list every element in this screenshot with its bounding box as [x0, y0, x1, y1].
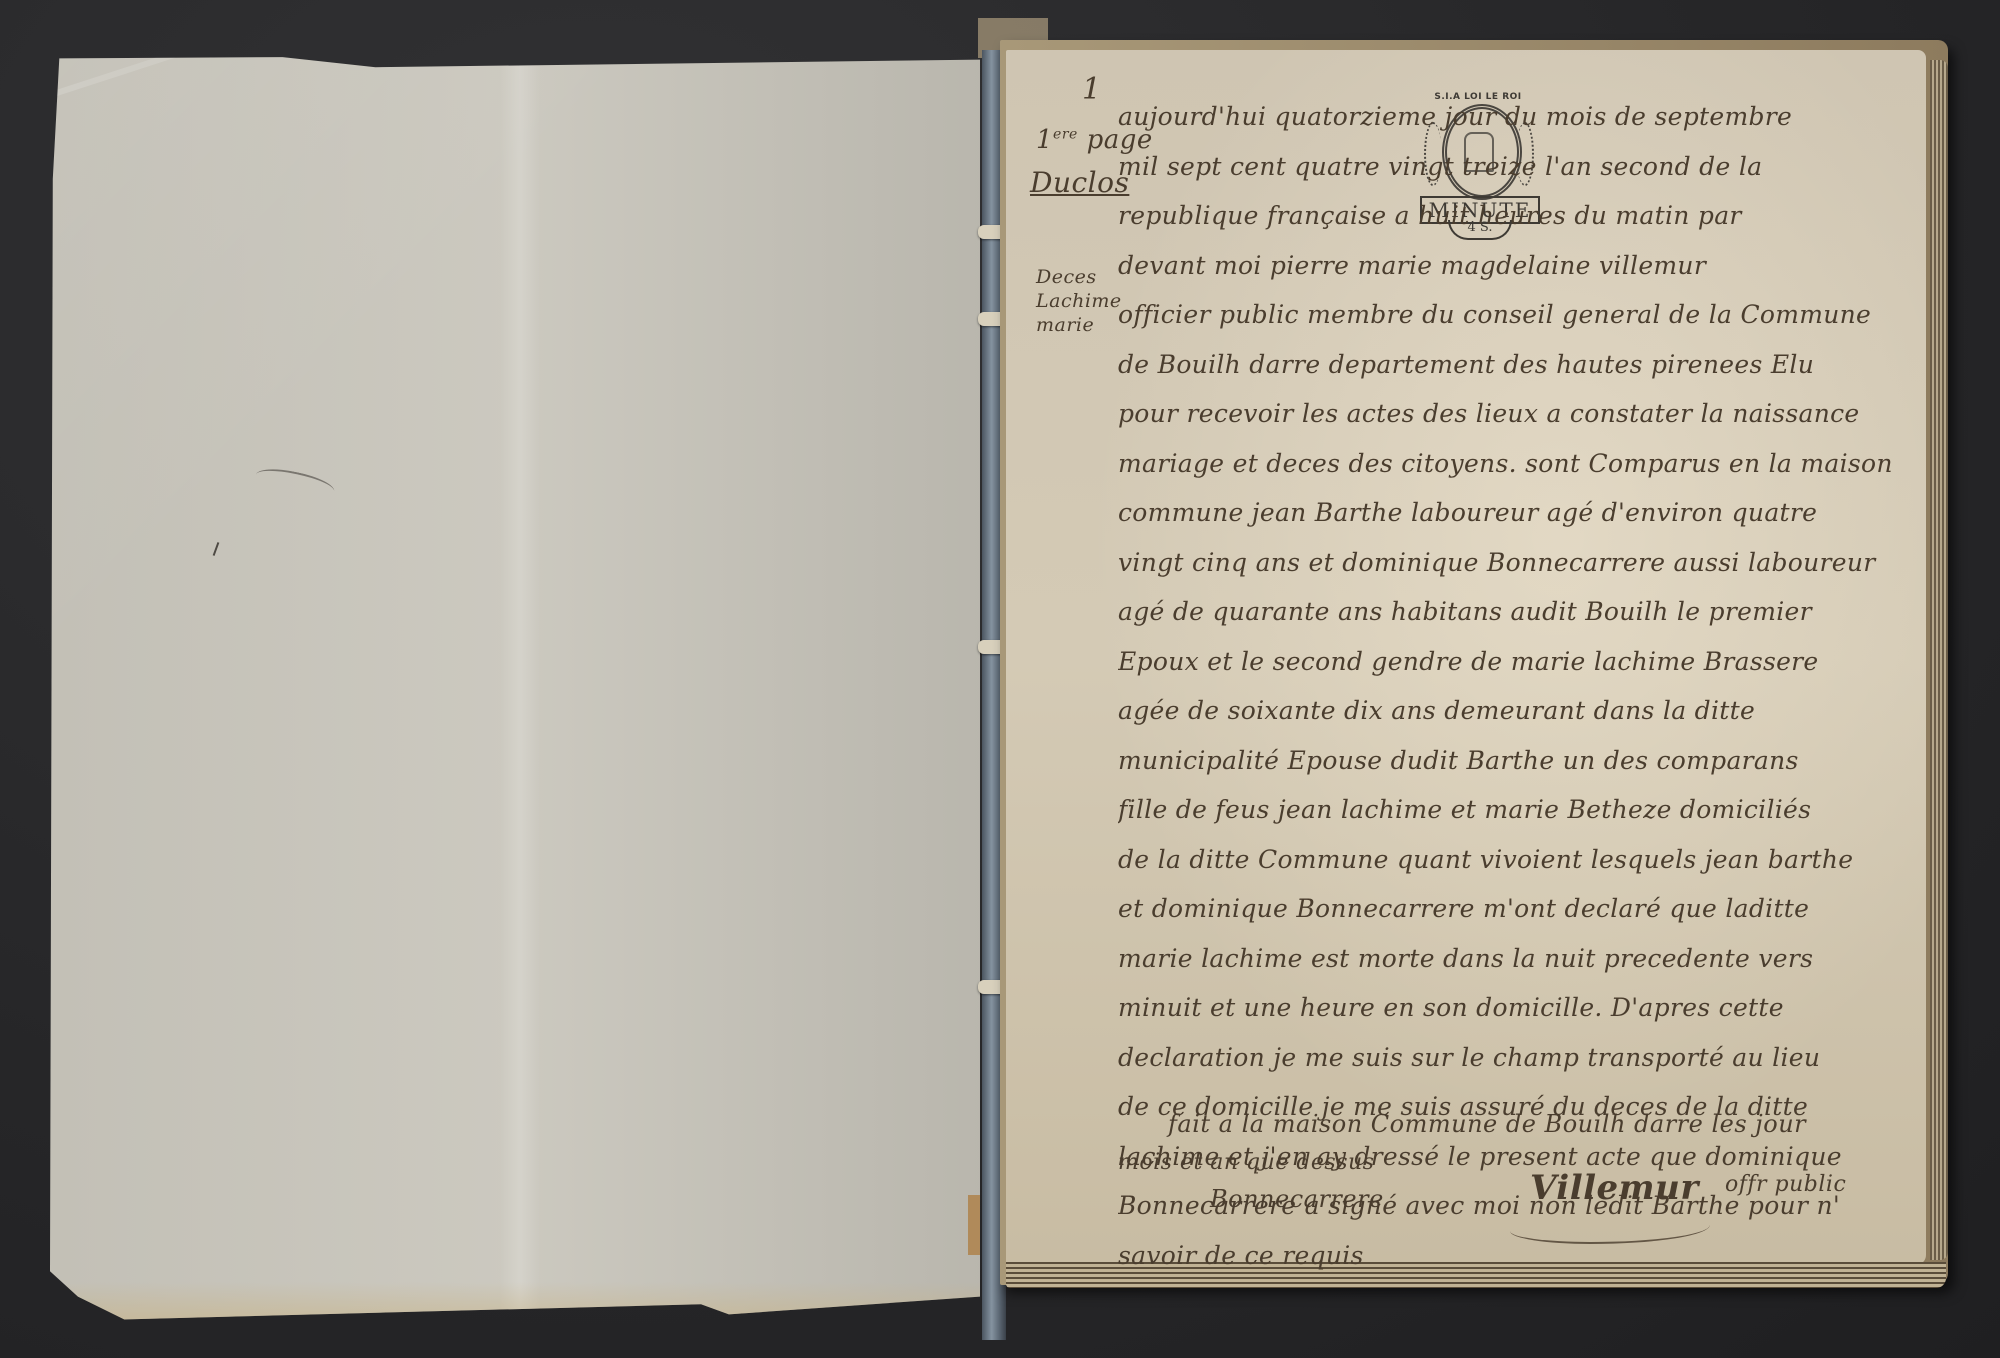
closing-line: fait a la maison Commune de Bouilh darre…: [1168, 1110, 1806, 1138]
margin-name: Duclos: [1030, 166, 1129, 199]
text-line: de la ditte Commune quant vivoient lesqu…: [1118, 835, 1938, 885]
text-line: republique française a huit heures du ma…: [1118, 191, 1938, 241]
text-line: mariage et deces des citoyens. sont Comp…: [1118, 439, 1938, 489]
text-line: minuit et une heure en son domicille. D'…: [1118, 983, 1938, 1033]
text-line: vingt cinq ans et dominique Bonnecarrere…: [1118, 538, 1938, 588]
margin-note-line: Deces: [1036, 265, 1122, 289]
text-line: et dominique Bonnecarrere m'ont declaré …: [1118, 884, 1938, 934]
paper-tab: [968, 1195, 980, 1255]
officer-signature: Villemur: [1530, 1168, 1699, 1208]
page-crease: [500, 52, 540, 1322]
text-line: marie lachime est morte dans la nuit pre…: [1118, 934, 1938, 984]
text-line: devant moi pierre marie magdelaine ville…: [1118, 241, 1938, 291]
text-line: agée de soixante dix ans demeurant dans …: [1118, 686, 1938, 736]
officer-title: offr public: [1725, 1172, 1846, 1197]
closing-line: mois et an que dessus: [1118, 1150, 1374, 1175]
text-line: aujourd'hui quatorzieme jour du mois de …: [1118, 92, 1938, 142]
witness-signature: Bonnecarrere: [1210, 1185, 1384, 1213]
text-line: agé de quarante ans habitans audit Bouil…: [1118, 587, 1938, 637]
stray-ink-mark: [254, 464, 337, 502]
text-line: de Bouilh darre departement des hautes p…: [1118, 340, 1938, 390]
left-page-blank-flyleaf: [50, 52, 980, 1322]
text-line: Epoux et le second gendre de marie lachi…: [1118, 637, 1938, 687]
text-line: commune jean Barthe laboureur agé d'envi…: [1118, 488, 1938, 538]
text-line: declaration je me suis sur le champ tran…: [1118, 1033, 1938, 1083]
margin-note-line: Lachime: [1036, 289, 1122, 313]
margin-note-line: marie: [1036, 313, 1122, 337]
stray-ink-tick: [213, 542, 220, 556]
text-line: pour recevoir les actes des lieux a cons…: [1118, 389, 1938, 439]
text-line: fille de feus jean lachime et marie Beth…: [1118, 785, 1938, 835]
folio-number: 1: [1082, 72, 1102, 107]
text-line: mil sept cent quatre vingt treize l'an s…: [1118, 142, 1938, 192]
page-label-sup: ere: [1053, 126, 1078, 142]
text-line: municipalité Epouse dudit Barthe un des …: [1118, 736, 1938, 786]
page-label-prefix: 1: [1036, 125, 1053, 155]
manuscript-body: aujourd'hui quatorzieme jour du mois de …: [1118, 92, 1938, 1280]
margin-note: Deces Lachime marie: [1036, 265, 1122, 337]
text-line: officier public membre du conseil genera…: [1118, 290, 1938, 340]
